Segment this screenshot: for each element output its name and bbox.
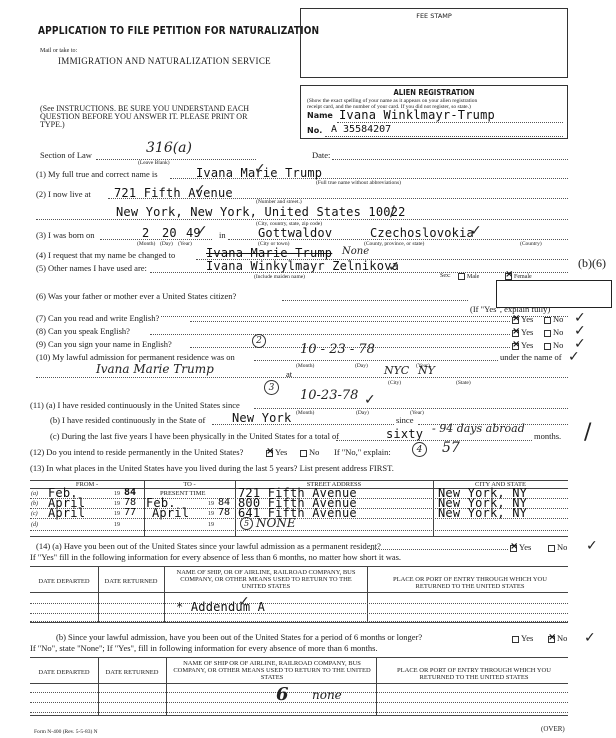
sex-female-option[interactable]: Female [505, 273, 532, 280]
q12-no-label: No [309, 447, 319, 457]
q13-row-d-letter: (d) [31, 522, 38, 528]
q14b-no-label: No [557, 633, 567, 643]
q14a-line [370, 549, 508, 550]
section-of-law-label: Section of Law [40, 150, 92, 160]
checkmark-icon: ✓ [388, 259, 400, 275]
q13-row-c-19: 19 [114, 511, 120, 517]
checkmark-icon: ✓ [470, 223, 482, 239]
q3-year-hint: (Year) [178, 241, 192, 247]
q12-label: (12) Do you intend to reside permanently… [30, 447, 243, 457]
checkmark-icon: ✓ [254, 161, 266, 177]
q10-state-hint: (State) [456, 380, 471, 386]
q7-no-option[interactable]: No [544, 314, 563, 324]
q10-date-line [254, 360, 498, 361]
q10-day-hint: (Day) [355, 363, 368, 369]
mail-label: Mail or take to: [40, 48, 77, 54]
q13-col-to: TO - [144, 481, 235, 488]
q12-explain-label: If "No," explain: [334, 447, 391, 457]
alien-registration-box: ALIEN REGISTRATION (Show the exact spell… [300, 85, 568, 139]
alien-registration-title: ALIEN REGISTRATION [321, 88, 547, 97]
q8-label: (8) Can you speak English? [36, 326, 130, 336]
q10-circle-note: 3 [264, 380, 279, 395]
q14a-no-checkbox[interactable] [548, 545, 555, 552]
q9-yes-option[interactable]: Yes [512, 340, 533, 350]
q2-street[interactable]: 721 Fifth Avenue [114, 186, 233, 200]
q12-no-option[interactable]: No [300, 447, 319, 457]
q13-row-d-19: 19 [114, 522, 120, 528]
q11b-label: (b) I have resided continuously in the S… [50, 415, 205, 425]
q14a-yes-label: Yes [519, 542, 531, 552]
q4-label: (4) I request that my name be changed to [36, 250, 175, 260]
q9-no-label: No [553, 340, 563, 350]
q11c-value[interactable]: sixty [386, 427, 423, 441]
q10-month-hint: (Month) [296, 363, 314, 369]
q13-row-d-street[interactable]: NONE [256, 516, 296, 530]
q14a-header-bottom [30, 592, 568, 593]
section-of-law-line [96, 159, 256, 160]
q11a-line [254, 408, 568, 409]
sex-male-option[interactable]: Male [458, 273, 479, 280]
checkmark-icon: ✓ [196, 223, 208, 239]
q11a-month-hint: (Month) [296, 410, 314, 416]
q14b-col-divider-2 [166, 657, 167, 715]
q7-line [190, 321, 510, 322]
q14b-row-2-line [30, 702, 568, 703]
q9-circle-note: 2 [252, 334, 266, 348]
q13-row-b-19: 19 [114, 501, 120, 507]
fee-stamp-box: FEE STAMP [300, 8, 568, 78]
sex-female-checkbox[interactable] [505, 273, 512, 280]
instructions-line-3: TYPE.) [40, 120, 65, 129]
q11a-day-hint: (Day) [356, 410, 369, 416]
q10-state[interactable]: NY [418, 364, 435, 377]
q3-month-hint: (Month) [137, 241, 155, 247]
alien-name-line [337, 122, 563, 123]
q13-row-c-letter: (c) [31, 511, 38, 517]
q7-no-label: No [553, 314, 563, 324]
q8-yes-label: Yes [521, 327, 533, 337]
q5-other-names[interactable]: Ivana Winkylmayr Zelnikova [206, 259, 399, 273]
q13-row-b-letter: (b) [31, 501, 38, 507]
q11b-since-label: since [396, 415, 413, 425]
q11c-months-label: months. [534, 431, 561, 441]
q9-label: (9) Can you sign your name in English? [36, 339, 172, 349]
q1-hint: (Full true name without abbreviations) [316, 180, 401, 186]
q9-yes-label: Yes [521, 340, 533, 350]
q10-city[interactable]: NYC [384, 364, 409, 377]
q14a-table-top [30, 566, 568, 567]
q3-country[interactable]: Czechoslovokia [370, 226, 474, 240]
q14b-table-top [30, 657, 568, 658]
q14b-yes-checkbox[interactable] [512, 636, 519, 643]
q13-row-c-line [30, 518, 568, 519]
q14b-col-port: PLACE OR PORT OF ENTRY THROUGH WHICH YOU… [384, 667, 564, 681]
checkmark-icon: ✓ [238, 594, 250, 610]
q5-hint: (Include maiden name) [254, 274, 305, 280]
q14b-row-3-line [30, 712, 568, 713]
q12-annotation: 57 [442, 440, 460, 456]
q5-label: (5) Other names I have used are: [36, 263, 147, 273]
q11c-annotation: - 94 days abroad [432, 422, 525, 435]
q11b-state[interactable]: New York [232, 411, 291, 425]
redaction-box [496, 280, 612, 308]
q11c-label: (c) During the last five years I have be… [50, 431, 339, 441]
q8-no-label: No [553, 327, 563, 337]
q10-name-line [36, 377, 568, 378]
q7-yes-option[interactable]: Yes [512, 314, 533, 324]
q10-name[interactable]: Ivana Marie Trump [96, 362, 214, 376]
q3-country-hint: (Country) [520, 241, 542, 247]
q13-circle-note: 5 [240, 517, 253, 530]
sex-male-checkbox[interactable] [458, 273, 465, 280]
q3-province-hint: (County, province, or state) [364, 241, 424, 247]
q3-label: (3) I was born on [36, 230, 95, 240]
form-title: APPLICATION TO FILE PETITION FOR NATURAL… [38, 24, 319, 37]
q8-yes-option[interactable]: Yes [512, 327, 533, 337]
q13-row-c-from-year[interactable]: 77 [124, 507, 136, 518]
q14a-col-returned: DATE RETURNED [98, 578, 164, 585]
q7-label: (7) Can you read and write English? [36, 313, 161, 323]
q7-yes-label: Yes [521, 314, 533, 324]
q2-city-line-value[interactable]: New York, New York, United States 10022 [116, 205, 406, 219]
q6-line [282, 300, 468, 301]
q9-no-checkbox[interactable] [544, 343, 551, 350]
q4-annotation: None [342, 246, 369, 257]
date-line [332, 159, 568, 160]
q13-label: (13) In what places in the United States… [30, 463, 394, 473]
q14b-col-departed: DATE DEPARTED [30, 669, 98, 676]
q14a-col-port: PLACE OR PORT OF ENTRY THROUGH WHICH YOU… [380, 576, 560, 590]
q9-no-option[interactable]: No [544, 340, 563, 350]
q12-circle-note: 4 [412, 442, 427, 457]
q14a-instruction: If "Yes" fill in the following informati… [30, 552, 401, 562]
checkmark-icon: ✓ [586, 538, 598, 554]
q10-city-hint: (City) [388, 380, 401, 386]
q3-in-label: in [219, 230, 226, 240]
q14b-table-bottom [30, 715, 568, 716]
checkmark-icon: ✓ [584, 630, 596, 646]
sex-male-label: Male [467, 274, 479, 280]
q14a-table-bottom [30, 622, 568, 623]
date-label: Date: [312, 150, 330, 160]
q13-row-d-line [30, 530, 568, 531]
q14a-col-departed: DATE DEPARTED [30, 578, 98, 585]
q6-label: (6) Was your father or mother ever a Uni… [36, 291, 236, 301]
q13-table-bottom [30, 536, 568, 537]
q14b-no-option[interactable]: No [548, 633, 567, 643]
q14b-no-checkbox[interactable] [548, 636, 555, 643]
q14a-no-option[interactable]: No [548, 542, 567, 552]
q11c-line [336, 440, 532, 441]
q13-row-c-to-year[interactable]: 78 [218, 507, 230, 518]
q2-city-line [36, 219, 568, 220]
section-of-law-value[interactable]: 316(a) [146, 140, 192, 156]
checkmark-icon: ✓ [364, 392, 376, 408]
q2-label: (2) I now live at [36, 189, 91, 199]
alien-no-value[interactable]: A 35584207 [331, 124, 391, 135]
fee-stamp-label: FEE STAMP [301, 12, 567, 20]
q14b-col-divider-1 [98, 657, 99, 715]
sex-female-label: Female [514, 274, 532, 280]
q3-month[interactable]: 2 [142, 226, 149, 240]
q10-at-label: at [286, 369, 292, 379]
q12-no-checkbox[interactable] [300, 450, 307, 457]
q14b-col-divider-3 [376, 657, 377, 715]
q14a-col-means: NAME OF SHIP, OR OF AIRLINE, RAILROAD CO… [168, 569, 364, 590]
q13-row-b-to-19: 19 [208, 501, 214, 507]
q14a-yes-option[interactable]: Yes [510, 542, 531, 552]
q7-yes-checkbox[interactable] [512, 317, 519, 324]
q8-yes-checkbox[interactable] [512, 330, 519, 337]
sex-label: Sex: [440, 273, 451, 279]
section-of-law-hint: (Leave Blank) [138, 160, 170, 166]
q13-row-a-19: 19 [114, 491, 120, 497]
q14b-instruction: If "No", state "None"; If "Yes", fill in… [30, 643, 378, 653]
q14b-yes-label: Yes [521, 633, 533, 643]
alien-no-line [325, 136, 563, 137]
checkmark-icon: ✓ [194, 182, 206, 198]
q9-yes-checkbox[interactable] [512, 343, 519, 350]
q14a-row-2-line [30, 613, 568, 614]
agency-name: IMMIGRATION AND NATURALIZATION SERVICE [58, 56, 271, 66]
alien-no-label: No. [307, 126, 322, 135]
q3-day[interactable]: 20 [162, 226, 177, 240]
q13-row-c-to-19: 19 [208, 511, 214, 517]
q11a-date[interactable]: 10-23-78 [300, 388, 358, 403]
instructions-line-2: QUESTION BEFORE YOU ANSWER IT. PLEASE PR… [40, 112, 247, 121]
q14a-yes-checkbox[interactable] [510, 545, 517, 552]
q4-new-name[interactable]: Ivana Marie Trump [206, 246, 332, 260]
q11a-label: (11) (a) I have resided continuously in … [30, 400, 240, 410]
q10-label: (10) My lawful admission for permanent r… [36, 352, 235, 362]
checkmark-icon: ✓ [568, 349, 580, 365]
q12-yes-checkbox[interactable] [266, 450, 273, 457]
q8-no-checkbox[interactable] [544, 330, 551, 337]
q12-yes-option[interactable]: Yes [266, 447, 287, 457]
q10-date[interactable]: 10 - 23 - 78 [300, 342, 375, 357]
checkmark-icon: / [390, 204, 395, 220]
q13-row-a-letter: (a) [31, 491, 38, 497]
checkmark-icon: / [584, 420, 591, 445]
q7-no-checkbox[interactable] [544, 317, 551, 324]
q14b-col-returned: DATE RETURNED [98, 669, 166, 676]
q8-no-option[interactable]: No [544, 327, 563, 337]
q10-under-label: under the name of [500, 352, 562, 362]
q14b-label: (b) Since your lawful admission, have yo… [56, 632, 422, 642]
q14a-row-2-means[interactable]: * Addendum A [176, 600, 265, 614]
q14a-no-label: No [557, 542, 567, 552]
q14a-row-1-line [30, 603, 568, 604]
q14b-row-1-line [30, 692, 568, 693]
q14b-yes-option[interactable]: Yes [512, 633, 533, 643]
q13-row-d-to-19: 19 [208, 522, 214, 528]
q3-city[interactable]: Gottwaldov [258, 226, 332, 240]
q12-yes-label: Yes [275, 447, 287, 457]
q14a-label: (14) (a) Have you been out of the United… [36, 541, 381, 551]
q8-line [150, 334, 510, 335]
q3-day-hint: (Day) [160, 241, 173, 247]
form-id: Form N-400 (Rev. 5-5-83) N [34, 729, 98, 735]
q1-label: (1) My full true and correct name is [36, 169, 158, 179]
q14b-header-bottom [30, 683, 568, 684]
q14b-col-means: NAME OF SHIP OR OF AIRLINE, RAILROAD COM… [170, 660, 374, 681]
q14b-row-2-means[interactable]: none [312, 688, 342, 702]
redaction-label: (b)(6) [578, 256, 606, 271]
alien-name-label: Name [307, 111, 333, 120]
over-label: (OVER) [541, 725, 565, 733]
alien-name-value[interactable]: Ivana Winklmayr-Trump [339, 108, 495, 122]
